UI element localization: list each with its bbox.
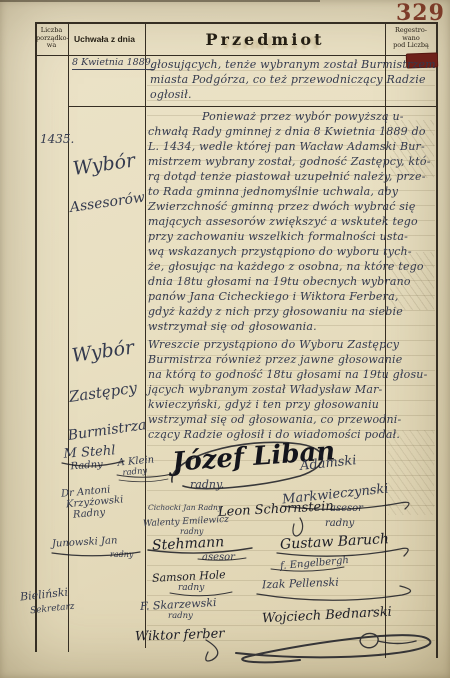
header-liczba-porzadkowa: Liczba porządko- wa (36, 27, 67, 50)
signature-bednarski: Wojciech Bednarski (262, 605, 392, 627)
protocol-line: kwieczyński, gdyż i ten przy głosowaniu (148, 398, 379, 411)
signature-ferber: Wiktor ferber (135, 626, 225, 644)
flourish-stroke (206, 640, 218, 661)
signature-name: Cichocki Jan (148, 503, 196, 512)
protocol-line: chwałą Rady gminnej z dnia 8 Kwietnia 18… (148, 125, 426, 138)
signature-junowski: Junowski Jan (52, 535, 118, 549)
signature-skarzewski-role: radny (168, 611, 193, 621)
table-top-border (35, 22, 438, 24)
table-right-border (436, 22, 438, 658)
protocol-line: gdyż każdy z nich przy głosowaniu na sie… (148, 305, 403, 318)
protocol-line: ogłosił. (150, 88, 192, 101)
signature-hole-role: radny (178, 583, 204, 593)
protocol-line: że, głosując na każdego z osobna, na któ… (148, 260, 424, 273)
header-col1-line3: wa (36, 42, 67, 50)
signature-schornstein: Leon Schornstein (218, 499, 334, 520)
protocol-line: rą dotąd tenże piastował uzupełnić należ… (148, 170, 426, 183)
margin-title-wybor-2: Wybór (70, 336, 135, 366)
margin-title-wybor: Wybór (71, 149, 136, 179)
header-bottom-rule (35, 55, 438, 56)
signature-cichocki: Cichocki Jan Radny (148, 503, 222, 512)
protocol-line: wstrzymał się od głosowania. (148, 320, 317, 333)
signature-role: radny (122, 465, 155, 478)
header-col4-line3: pod Liczbą (386, 42, 436, 50)
protocol-line: dnia 18tu głosami na 19tu obecnych wybra… (148, 275, 411, 288)
flourish-stroke (293, 518, 303, 536)
ledger-page: 329 Liczba porządko- wa Uchwała z dnia P… (0, 0, 450, 678)
signature-engelbergh: f. Engelbergh (280, 555, 350, 572)
protocol-line: to Rada gminna jednomyślnie uchwala, aby (148, 185, 398, 198)
signature-krzyzowski: Dr Antoni Krzyżowski Radny (61, 483, 125, 521)
protocol-line: miasta Podgórza, co też przewodniczący R… (150, 73, 426, 86)
margin-title-assesorow: Assesorów (69, 190, 146, 216)
protocol-line: na którą to godność 18tu głosami na 19tu… (148, 368, 428, 381)
protocol-line: czący Radzie ogłosił i do wiadomości pod… (148, 428, 400, 441)
protocol-line: Burmistrza również przez jawne głosowani… (148, 353, 402, 366)
entry-divider-rule (68, 106, 437, 107)
header-przedmiot: Przedmiot (145, 30, 385, 49)
protocol-line: jących wybranym został Władysław Mar- (148, 383, 382, 396)
protocol-line: Wreszcie przystąpiono do Wyboru Zastępcy (148, 338, 399, 351)
table-left-border (35, 22, 37, 652)
protocol-line: mających assesorów zwiększyć a wskutek t… (148, 215, 418, 228)
protocol-line: mistrzem wybrany został, godność Zastępc… (148, 155, 431, 168)
signature-role: Radny (70, 458, 116, 472)
signature-klein: A Klein radny (117, 454, 155, 478)
protocol-line: przy zachowaniu wszelkich formalności us… (148, 230, 408, 243)
signature-liban-role: radny. (190, 478, 224, 491)
entry-number: 1435. (40, 132, 74, 146)
signature-stehl: M Stehl Radny (63, 443, 116, 473)
protocol-line: Ponieważ przez wybór powyższą u- (202, 110, 404, 123)
flourish-stroke (236, 635, 430, 662)
header-uchwala-z-dnia: Uchwała z dnia (74, 34, 135, 44)
pencil-hatch (388, 430, 434, 515)
header-regestrowano: Regestro- wano pod Liczbą (386, 27, 436, 50)
protocol-line: L. 1434, wedle której pan Wacław Adamski… (148, 140, 425, 153)
col1-col2-rule (68, 22, 69, 652)
col2-col3-rule (145, 22, 146, 648)
margin-title-burmistrza: Burmistrza (67, 417, 147, 444)
signature-bielinski: Bieliński (19, 586, 68, 604)
flourish-stroke (119, 479, 168, 482)
protocol-line: wstrzymał się od głosowania, co przewodn… (148, 413, 401, 426)
protocol-line: wą wskazanych przystąpiono do wyboru tyc… (148, 245, 412, 258)
protocol-line: Zwierzchność gminną przez dwóch wybrać s… (148, 200, 416, 213)
signature-markwieczynski-role: asesor (330, 503, 363, 514)
resolution-date: 8 Kwietnia 1889. (72, 57, 154, 70)
flourish-stroke (360, 633, 416, 647)
signature-stehmann-role: asesor (202, 552, 235, 563)
signature-pellenski: Izak Pellenski (262, 576, 339, 592)
protocol-line: głosujących, tenże wybranym został Burmi… (150, 58, 436, 71)
signature-schornstein-role: radny (325, 518, 354, 529)
signature-junowski-role: radny (110, 550, 133, 559)
scan-edge-artifact (0, 0, 320, 2)
signature-baruch: Gustaw Baruch (280, 531, 390, 553)
signature-stehmann: Stehmann (152, 534, 225, 554)
margin-title-zastepcy: Zastępcy (68, 379, 138, 406)
protocol-line: panów Jana Cicheckiego i Wiktora Ferbera… (148, 290, 399, 303)
